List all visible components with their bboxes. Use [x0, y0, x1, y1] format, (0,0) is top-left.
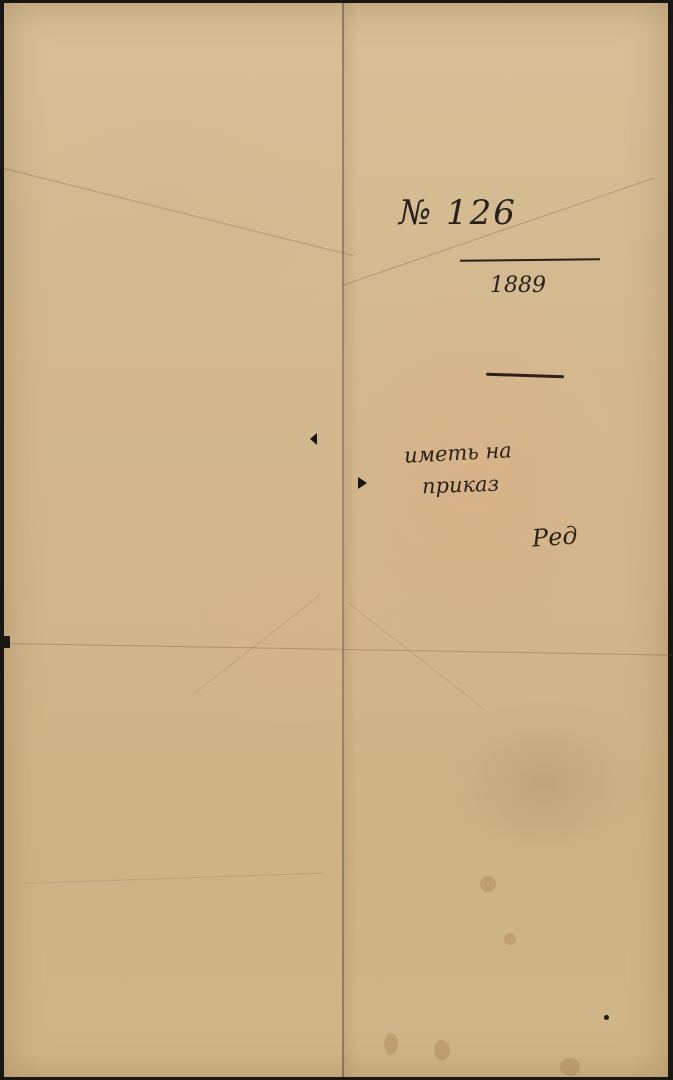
- document-sheet: № 126 1889 иметь на приказ Ред: [4, 3, 668, 1077]
- stain: [480, 876, 496, 892]
- fold-shadow: [344, 3, 358, 1077]
- document-number: № 126: [399, 193, 517, 233]
- stain: [384, 1033, 398, 1055]
- signature: Ред: [531, 521, 578, 552]
- crease-line: [24, 873, 324, 884]
- ink-dash-mark: [486, 373, 564, 379]
- crease-line: [194, 595, 321, 694]
- stain: [434, 1040, 450, 1060]
- number-underline: [460, 258, 600, 261]
- tear-hole: [310, 433, 317, 445]
- crease-line: [4, 168, 354, 256]
- stain: [560, 1058, 580, 1076]
- crease-line: [349, 603, 484, 708]
- note-line-2: приказ: [422, 472, 500, 499]
- document-year: 1889: [490, 273, 546, 298]
- tear-hole: [358, 477, 367, 489]
- stain: [504, 933, 516, 945]
- crease-line: [4, 643, 672, 656]
- stain: [604, 1015, 609, 1020]
- note-line-1: иметь на: [403, 438, 512, 468]
- edge-tear: [0, 636, 10, 648]
